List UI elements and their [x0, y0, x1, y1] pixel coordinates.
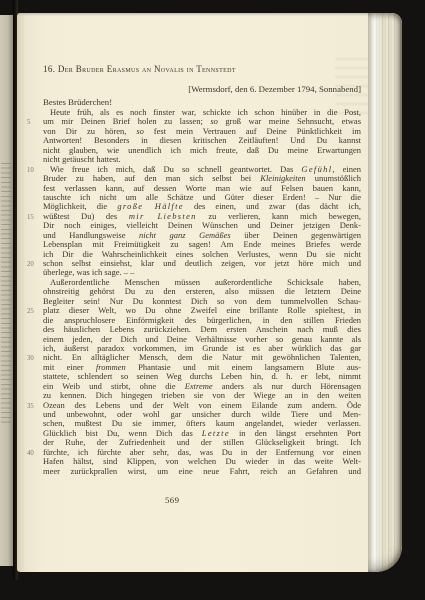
book-photo: { "colors": { "background": "#141210", "… [0, 0, 425, 600]
book-page: 16. Der Bruder Erasmus an Novalis in Ten… [17, 13, 402, 572]
text-line: meer zurückprallen wirst, um eine neue F… [43, 467, 361, 476]
facing-page-strip [0, 15, 13, 566]
letter-body: Heute früh, als es noch finster war, sch… [43, 108, 361, 476]
italic-text: Kleinigkeiten [260, 173, 305, 183]
letter-dateline: [Wermsdorf, den 6. Dezember 1794, Sonnab… [43, 84, 361, 94]
line-number: 10 [27, 166, 40, 175]
line-number: 25 [27, 307, 40, 316]
line-number: 5 [27, 118, 40, 127]
italic-text: so [210, 116, 218, 126]
letter-heading: 16. Der Bruder Erasmus an Novalis in Ten… [43, 64, 236, 74]
page-number: 569 [165, 495, 179, 505]
line-number: 15 [27, 213, 40, 222]
letter-salutation: Bestes Brüderchen! [43, 97, 112, 107]
line-number: 40 [27, 449, 40, 458]
line-number: 20 [27, 260, 40, 269]
letter-text-block: 16. Der Bruder Erasmus an Novalis in Ten… [43, 13, 361, 572]
line-number: 30 [27, 354, 40, 363]
line-number: 35 [27, 402, 40, 411]
fore-edge-page-stack [368, 13, 402, 572]
